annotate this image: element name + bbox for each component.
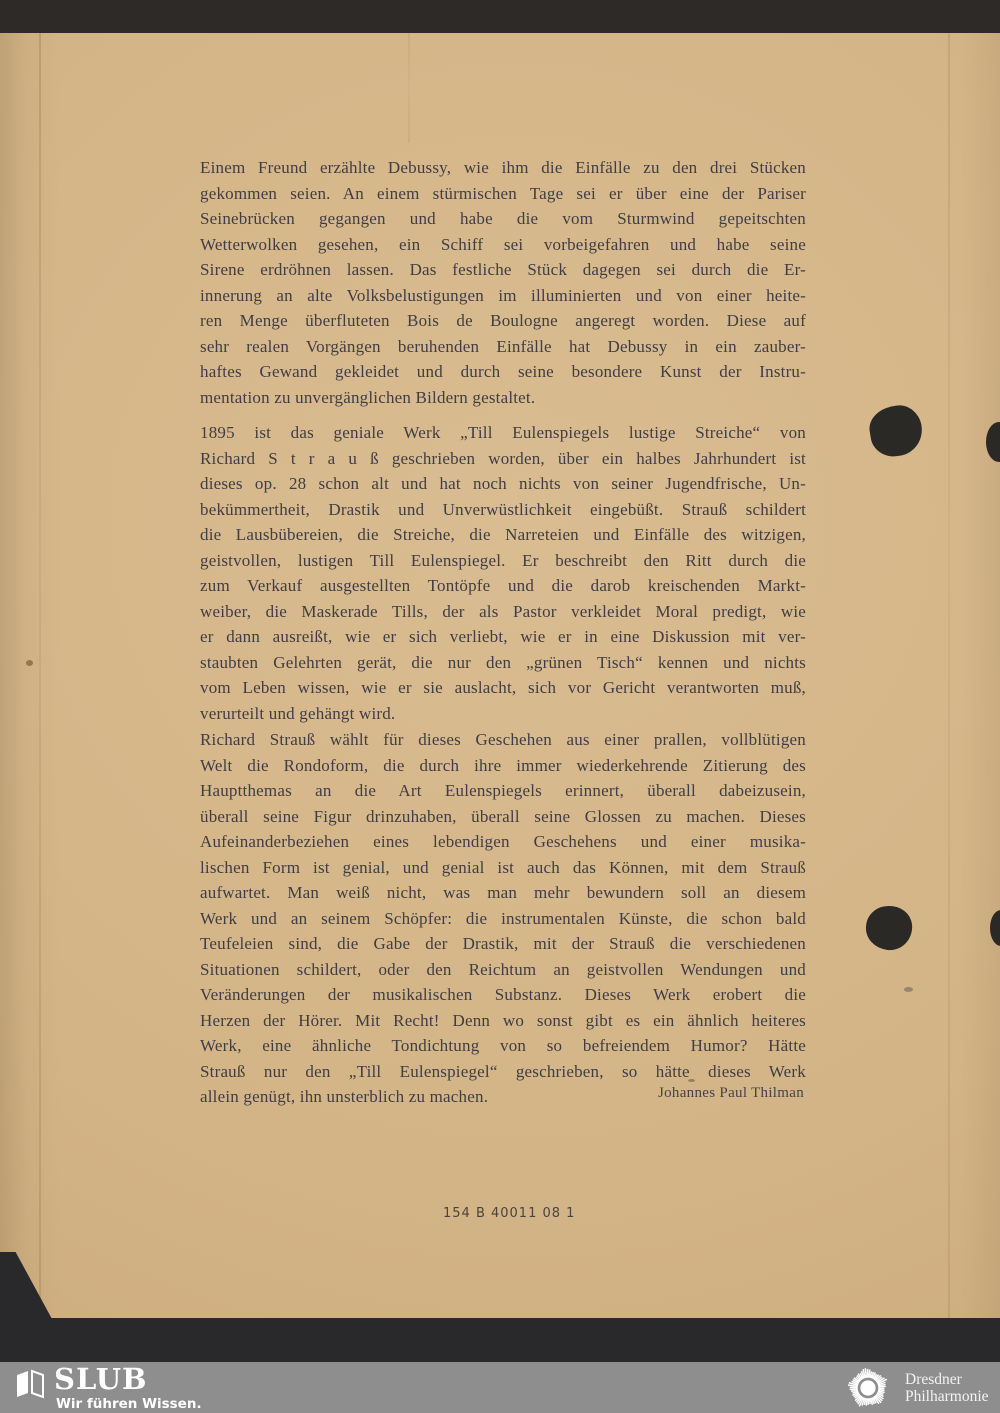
text-line: Richard S t r a u ß geschrieben worden, … <box>200 446 806 472</box>
starburst-icon <box>843 1363 893 1413</box>
text-line: Herzen der Hörer. Mit Recht! Denn wo son… <box>200 1008 806 1034</box>
paper-page: Einem Freund erzählte Debussy, wie ihm d… <box>0 33 1000 1318</box>
philharmonie-line1: Dresdner <box>905 1371 962 1388</box>
slub-logo-link[interactable]: SLUB Wir führen Wissen. <box>14 1366 274 1412</box>
text-line: vom Leben wissen, wie er sie auslacht, s… <box>200 675 806 701</box>
philharmonie-logo-link[interactable]: Dresdner Philharmonie <box>843 1362 1000 1413</box>
text-line: ren Menge überfluteten Bois de Boulogne … <box>200 308 806 334</box>
text-line: verurteilt und gehängt wird. <box>200 701 806 727</box>
text-line: Sirene erdröhnen lassen. Das festliche S… <box>200 257 806 283</box>
text-line: Werk und an seinem Schöpfer: die instrum… <box>200 906 806 932</box>
scanned-page-viewer: { "document": { "paragraphs": [ { "lines… <box>0 0 1000 1413</box>
text-line: weiber, die Maskerade Tills, der als Pas… <box>200 599 806 625</box>
text-line: Strauß nur den „Till Eulenspiegel“ gesch… <box>200 1059 806 1085</box>
viewer-footer-bar: SLUB Wir führen Wissen. Dresdner Philhar… <box>0 1362 1000 1413</box>
text-line: dieses op. 28 schon alt und hat noch nic… <box>200 471 806 497</box>
text-line: zum Verkauf ausgestellten Tontöpfe und d… <box>200 573 806 599</box>
text-line: staubten Gelehrten gerät, die nur den „g… <box>200 650 806 676</box>
text-line: Seinebrücken gegangen und habe die vom S… <box>200 206 806 232</box>
scan-top-edge <box>0 0 1000 35</box>
program-note-paragraph: 1895 ist das geniale Werk „Till Eulenspi… <box>200 420 806 726</box>
crease-line <box>408 33 410 143</box>
text-line: Einem Freund erzählte Debussy, wie ihm d… <box>200 155 806 181</box>
philharmonie-logo-text: Dresdner Philharmonie <box>905 1371 989 1405</box>
crease-line <box>948 33 950 1318</box>
text-line: lischen Form ist genial, und genial ist … <box>200 855 806 881</box>
program-note-paragraph: Richard Strauß wählt für dieses Geschehe… <box>200 727 806 1110</box>
text-line: Teufeleien sind, die Gabe der Drastik, m… <box>200 931 806 957</box>
catalog-number: 154 B 40011 08 1 <box>443 1206 575 1221</box>
program-note-paragraph: Einem Freund erzählte Debussy, wie ihm d… <box>200 155 806 410</box>
crease-line <box>39 33 41 1318</box>
text-line: innerung an alte Volksbelustigungen im i… <box>200 283 806 309</box>
text-line: Situationen schildert, oder den Reichtum… <box>200 957 806 983</box>
paper-speck <box>904 987 913 992</box>
text-line: Veränderungen der musikalischen Substanz… <box>200 982 806 1008</box>
text-line: Welt die Rondoform, die durch ihre immer… <box>200 753 806 779</box>
open-book-icon <box>14 1369 46 1404</box>
program-note-text: Einem Freund erzählte Debussy, wie ihm d… <box>200 155 806 1155</box>
text-line: bekümmertheit, Drastik und Unverwüstlich… <box>200 497 806 523</box>
text-line: Wetterwolken gesehen, ein Schiff sei vor… <box>200 232 806 258</box>
author-signature: Johannes Paul Thilman <box>658 1085 804 1102</box>
scan-bottom-edge <box>0 1318 1000 1362</box>
text-line: geistvollen, lustigen Till Eulenspiegel.… <box>200 548 806 574</box>
slub-tagline: Wir führen Wissen. <box>56 1396 202 1412</box>
paper-speck <box>26 660 33 666</box>
slub-logo-text: SLUB <box>54 1362 148 1396</box>
text-line: Richard Strauß wählt für dieses Geschehe… <box>200 727 806 753</box>
punch-hole <box>866 402 925 460</box>
text-line: die Lausbübereien, die Streiche, die Nar… <box>200 522 806 548</box>
text-line: Aufeinanderbeziehen eines lebendigen Ges… <box>200 829 806 855</box>
text-line: mentation zu unvergänglichen Bildern ges… <box>200 385 806 411</box>
text-line: gekommen seien. An einem stürmischen Tag… <box>200 181 806 207</box>
text-line: Hauptthemas an die Art Eulenspiegels eri… <box>200 778 806 804</box>
punch-hole-edge <box>990 910 1000 946</box>
philharmonie-line2: Philharmonie <box>905 1388 989 1405</box>
punch-hole-edge <box>986 422 1000 462</box>
text-line: Werk, eine ähnliche Tondichtung von so b… <box>200 1033 806 1059</box>
text-line: haftes Gewand gekleidet und durch seine … <box>200 359 806 385</box>
text-line: sehr realen Vorgängen beruhenden Einfäll… <box>200 334 806 360</box>
text-line: er dann ausreißt, wie er sich verliebt, … <box>200 624 806 650</box>
punch-hole <box>864 904 914 953</box>
text-line: überall seine Figur drinzuhaben, überall… <box>200 804 806 830</box>
text-line: 1895 ist das geniale Werk „Till Eulenspi… <box>200 420 806 446</box>
text-line: aufwartet. Man weiß nicht, was man mehr … <box>200 880 806 906</box>
